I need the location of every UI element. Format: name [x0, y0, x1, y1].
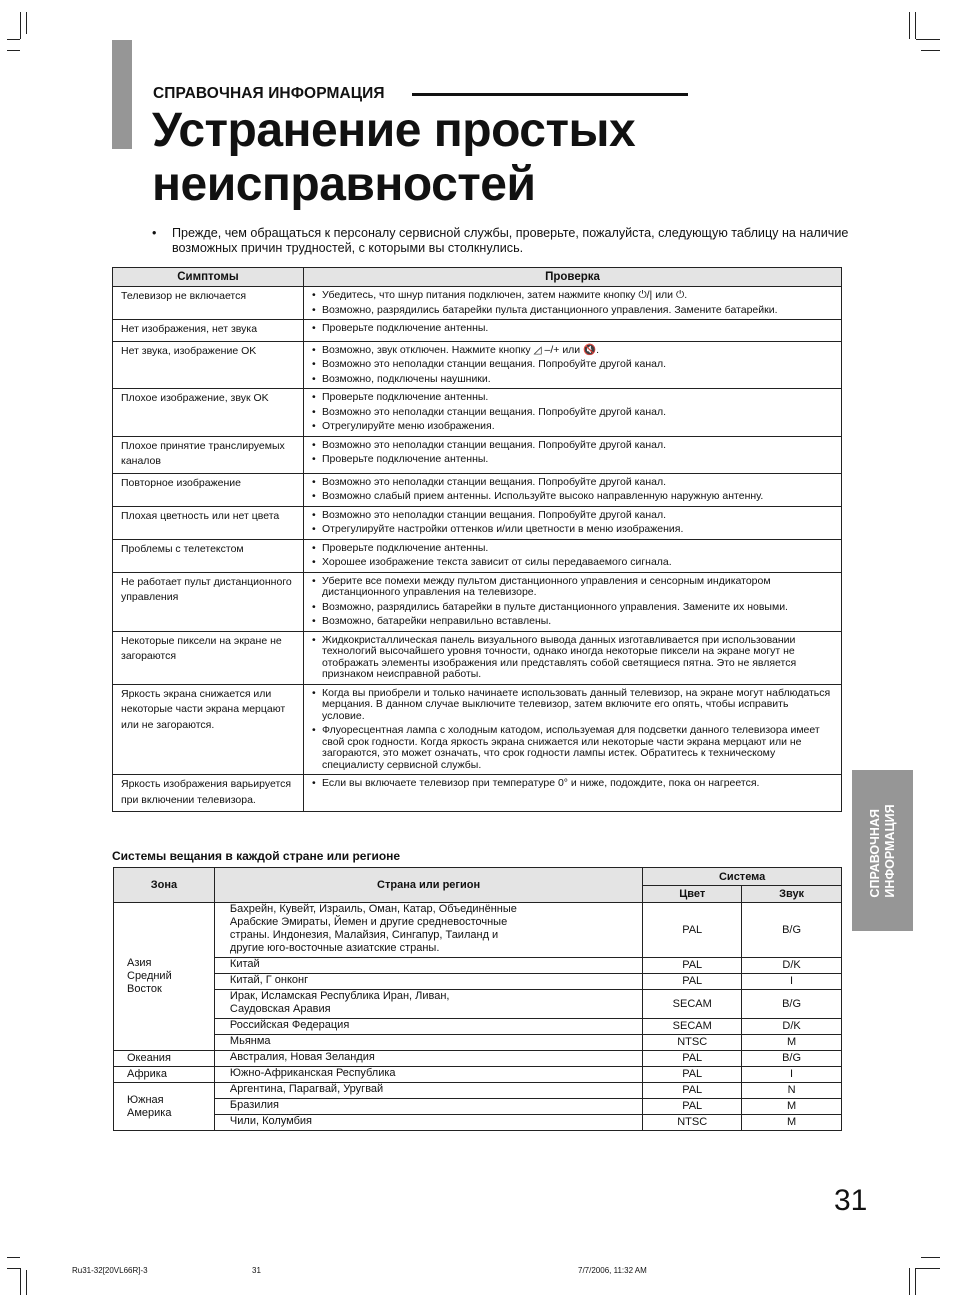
table-row: Плохая цветность или нет цветаВозможно э…: [113, 506, 842, 539]
crop-mark: [20, 1268, 21, 1295]
side-tab-line2: ИНФОРМАЦИЯ: [883, 804, 898, 897]
sound-system-cell: I: [742, 1067, 842, 1083]
table-row: Нет звука, изображение OKВозможно, звук …: [113, 341, 842, 389]
check-list: Уберите все помехи между пультом дистанц…: [312, 576, 833, 628]
check-item: Убедитесь, что шнур питания подключен, з…: [312, 290, 833, 302]
color-system-cell: PAL: [643, 958, 742, 974]
broadcast-systems-table: Зона Страна или регион Система Цвет Звук…: [113, 867, 842, 1131]
section-rule: [412, 93, 688, 96]
table-row: Плохое изображение, звук OKПроверьте под…: [113, 389, 842, 437]
symptom-cell: Нет звука, изображение OK: [113, 341, 304, 389]
color-system-cell: PAL: [643, 1099, 742, 1115]
page-title-line2: неисправностей: [152, 158, 635, 212]
broadcast-table-title: Системы вещания в каждой стране или реги…: [112, 849, 400, 863]
check-item: Возможно это неполадки станции вещания. …: [312, 359, 833, 371]
table-row: БразилияPALM: [114, 1099, 842, 1115]
check-list: Возможно, звук отключен. Нажмите кнопку …: [312, 345, 833, 386]
check-cell: Возможно это неполадки станции вещания. …: [304, 436, 842, 473]
symptom-cell: Плохая цветность или нет цвета: [113, 506, 304, 539]
country-cell: Бразилия: [214, 1099, 642, 1115]
country-cell: Аргентина, Парагвай, Уругвай: [214, 1083, 642, 1099]
country-cell: Мьянма: [214, 1035, 642, 1051]
table-row: Некоторые пиксели на экране не загораютс…: [113, 631, 842, 684]
zone-cell: Южная Америка: [114, 1083, 215, 1131]
color-system-cell: SECAM: [643, 990, 742, 1019]
check-cell: Когда вы приобрели и только начинаете ис…: [304, 684, 842, 775]
check-item: Хорошее изображение текста зависит от си…: [312, 557, 833, 569]
check-item: Отрегулируйте настройки оттенков и/или ц…: [312, 524, 833, 536]
country-cell: Австралия, Новая Зеландия: [214, 1051, 642, 1067]
table-row: Китай, Г онконгPALI: [114, 974, 842, 990]
check-item: Возможно, звук отключен. Нажмите кнопку …: [312, 345, 833, 357]
page-title: Устранение простых неисправностей: [152, 104, 635, 212]
crop-mark: [915, 12, 916, 39]
crop-mark: [909, 12, 910, 39]
color-system-cell: NTSC: [643, 1115, 742, 1131]
check-list: Проверьте подключение антенны.Возможно э…: [312, 392, 833, 433]
check-item: Проверьте подключение антенны.: [312, 392, 833, 404]
zone-cell: Азия Средний Восток: [114, 903, 215, 1051]
sound-system-cell: B/G: [742, 903, 842, 958]
check-list: Жидкокристаллическая панель визуального …: [312, 635, 833, 681]
color-system-cell: PAL: [643, 1083, 742, 1099]
side-tab-line1: СПРАВОЧНАЯ: [868, 804, 883, 897]
sound-system-cell: B/G: [742, 990, 842, 1019]
sound-system-cell: D/K: [742, 958, 842, 974]
table-row: Российская ФедерацияSECAMD/K: [114, 1019, 842, 1035]
footer-page: 31: [252, 1266, 261, 1275]
footer-file: Ru31-32[20VL66R]-3: [72, 1266, 148, 1275]
country-cell: Ирак, Исламская Республика Иран, Ливан, …: [214, 990, 642, 1019]
crop-mark: [26, 12, 27, 34]
check-item: Жидкокристаллическая панель визуального …: [312, 635, 833, 681]
crop-mark: [916, 39, 940, 40]
country-cell: Бахрейн, Кувейт, Израиль, Оман, Катар, О…: [214, 903, 642, 958]
table-row: Чили, КолумбияNTSCM: [114, 1115, 842, 1131]
color-system-cell: NTSC: [643, 1035, 742, 1051]
check-list: Проверьте подключение антенны.: [312, 323, 833, 335]
symptom-cell: Некоторые пиксели на экране не загораютс…: [113, 631, 304, 684]
sound-system-cell: B/G: [742, 1051, 842, 1067]
check-item: Проверьте подключение антенны.: [312, 543, 833, 555]
header-zone: Зона: [114, 868, 215, 903]
table-header-row: Симптомы Проверка: [113, 268, 842, 287]
header-symptoms: Симптомы: [113, 268, 304, 287]
symptom-cell: Нет изображения, нет звука: [113, 320, 304, 342]
check-cell: Убедитесь, что шнур питания подключен, з…: [304, 287, 842, 320]
check-item: Проверьте подключение антенны.: [312, 323, 833, 335]
check-list: Проверьте подключение антенны.Хорошее из…: [312, 543, 833, 569]
check-item: Возможно это неполадки станции вещания. …: [312, 477, 833, 489]
header-system: Система: [643, 868, 842, 886]
bullet-icon: •: [152, 226, 156, 241]
table-row: МьянмаNTSCM: [114, 1035, 842, 1051]
check-cell: Проверьте подключение антенны.: [304, 320, 842, 342]
check-item: Возможно, батарейки неправильно вставлен…: [312, 616, 833, 628]
check-item: Проверьте подключение антенны.: [312, 454, 833, 466]
color-system-cell: PAL: [643, 1051, 742, 1067]
table-row: КитайPALD/K: [114, 958, 842, 974]
check-cell: Уберите все помехи между пультом дистанц…: [304, 572, 842, 631]
check-item: Когда вы приобрели и только начинаете ис…: [312, 688, 833, 723]
crop-mark: [7, 39, 20, 40]
check-item: Возможно слабый прием антенны. Используй…: [312, 491, 833, 503]
color-system-cell: SECAM: [643, 1019, 742, 1035]
zone-cell: Африка: [114, 1067, 215, 1083]
check-cell: Возможно это неполадки станции вещания. …: [304, 473, 842, 506]
table-row: Южная АмерикаАргентина, Парагвай, Уругва…: [114, 1083, 842, 1099]
crop-mark: [915, 1268, 916, 1295]
check-cell: Проверьте подключение антенны.Хорошее из…: [304, 539, 842, 572]
country-cell: Чили, Колумбия: [214, 1115, 642, 1131]
table-row: АфрикаЮжно-Африканская РеспубликаPALI: [114, 1067, 842, 1083]
sound-system-cell: D/K: [742, 1019, 842, 1035]
check-item: Отрегулируйте меню изображения.: [312, 421, 833, 433]
troubleshooting-table: Симптомы Проверка Телевизор не включаетс…: [112, 267, 842, 812]
crop-mark: [7, 1257, 20, 1258]
crop-mark: [921, 50, 940, 51]
page-title-line1: Устранение простых: [152, 104, 635, 158]
sound-system-cell: M: [742, 1115, 842, 1131]
check-cell: Возможно, звук отключен. Нажмите кнопку …: [304, 341, 842, 389]
check-list: Убедитесь, что шнур питания подключен, з…: [312, 290, 833, 316]
crop-mark: [7, 50, 20, 51]
crop-mark: [909, 1268, 910, 1295]
header-sound: Звук: [742, 886, 842, 903]
table-row: Повторное изображениеВозможно это непола…: [113, 473, 842, 506]
crop-mark: [26, 1270, 27, 1295]
crop-mark: [20, 12, 21, 39]
country-cell: Южно-Африканская Республика: [214, 1067, 642, 1083]
table-row: Азия Средний ВостокБахрейн, Кувейт, Изра…: [114, 903, 842, 958]
header-color: Цвет: [643, 886, 742, 903]
table-row: Плохое принятие транслируемых каналовВоз…: [113, 436, 842, 473]
table-row: Проблемы с телетекстомПроверьте подключе…: [113, 539, 842, 572]
check-cell: Жидкокристаллическая панель визуального …: [304, 631, 842, 684]
table-row: ОкеанияАвстралия, Новая ЗеландияPALB/G: [114, 1051, 842, 1067]
check-item: Уберите все помехи между пультом дистанц…: [312, 576, 833, 599]
table-row: Телевизор не включаетсяУбедитесь, что шн…: [113, 287, 842, 320]
sound-system-cell: M: [742, 1099, 842, 1115]
side-section-tab: СПРАВОЧНАЯ ИНФОРМАЦИЯ: [852, 770, 913, 931]
check-cell: Если вы включаете телевизор при температ…: [304, 775, 842, 812]
check-item: Возможно, разрядились батарейки в пульте…: [312, 602, 833, 614]
check-list: Возможно это неполадки станции вещания. …: [312, 440, 833, 466]
country-cell: Российская Федерация: [214, 1019, 642, 1035]
crop-mark: [921, 1257, 940, 1258]
symptom-cell: Не работает пульт дистанционного управле…: [113, 572, 304, 631]
check-list: Когда вы приобрели и только начинаете ис…: [312, 688, 833, 772]
intro-paragraph: • Прежде, чем обращаться к персоналу сер…: [152, 226, 852, 255]
symptom-cell: Плохое принятие транслируемых каналов: [113, 436, 304, 473]
crop-mark: [916, 1268, 940, 1269]
check-item: Возможно, подключены наушники.: [312, 374, 833, 386]
symptom-cell: Проблемы с телетекстом: [113, 539, 304, 572]
color-system-cell: PAL: [643, 974, 742, 990]
symptom-cell: Телевизор не включается: [113, 287, 304, 320]
color-system-cell: PAL: [643, 903, 742, 958]
footer-timestamp: 7/7/2006, 11:32 AM: [578, 1266, 647, 1275]
sound-system-cell: N: [742, 1083, 842, 1099]
table-row: Яркость экрана снижается или некоторые ч…: [113, 684, 842, 775]
section-accent-bar: [112, 40, 132, 149]
check-list: Если вы включаете телевизор при температ…: [312, 778, 833, 790]
check-list: Возможно это неполадки станции вещания. …: [312, 477, 833, 503]
crop-mark: [7, 1268, 20, 1269]
header-country: Страна или регион: [214, 868, 642, 903]
check-item: Возможно, разрядились батарейки пульта д…: [312, 305, 833, 317]
check-list: Возможно это неполадки станции вещания. …: [312, 510, 833, 536]
section-label: СПРАВОЧНАЯ ИНФОРМАЦИЯ: [153, 85, 385, 103]
header-check: Проверка: [304, 268, 842, 287]
check-item: Если вы включаете телевизор при температ…: [312, 778, 833, 790]
page-number: 31: [834, 1184, 867, 1218]
table-row: Не работает пульт дистанционного управле…: [113, 572, 842, 631]
zone-cell: Океания: [114, 1051, 215, 1067]
symptom-cell: Яркость экрана снижается или некоторые ч…: [113, 684, 304, 775]
check-cell: Проверьте подключение антенны.Возможно э…: [304, 389, 842, 437]
country-cell: Китай, Г онконг: [214, 974, 642, 990]
country-cell: Китай: [214, 958, 642, 974]
symptom-cell: Повторное изображение: [113, 473, 304, 506]
table-row: Ирак, Исламская Республика Иран, Ливан, …: [114, 990, 842, 1019]
table-row: Нет изображения, нет звукаПроверьте подк…: [113, 320, 842, 342]
symptom-cell: Яркость изображения варьируется при вклю…: [113, 775, 304, 812]
table-row: Яркость изображения варьируется при вклю…: [113, 775, 842, 812]
check-item: Возможно это неполадки станции вещания. …: [312, 510, 833, 522]
table-header-row: Зона Страна или регион Система: [114, 868, 842, 886]
check-item: Возможно это неполадки станции вещания. …: [312, 407, 833, 419]
sound-system-cell: M: [742, 1035, 842, 1051]
color-system-cell: PAL: [643, 1067, 742, 1083]
symptom-cell: Плохое изображение, звук OK: [113, 389, 304, 437]
sound-system-cell: I: [742, 974, 842, 990]
check-item: Флуоресцентная лампа с холодным катодом,…: [312, 725, 833, 771]
check-cell: Возможно это неполадки станции вещания. …: [304, 506, 842, 539]
check-item: Возможно это неполадки станции вещания. …: [312, 440, 833, 452]
intro-text: Прежде, чем обращаться к персоналу серви…: [172, 226, 852, 255]
